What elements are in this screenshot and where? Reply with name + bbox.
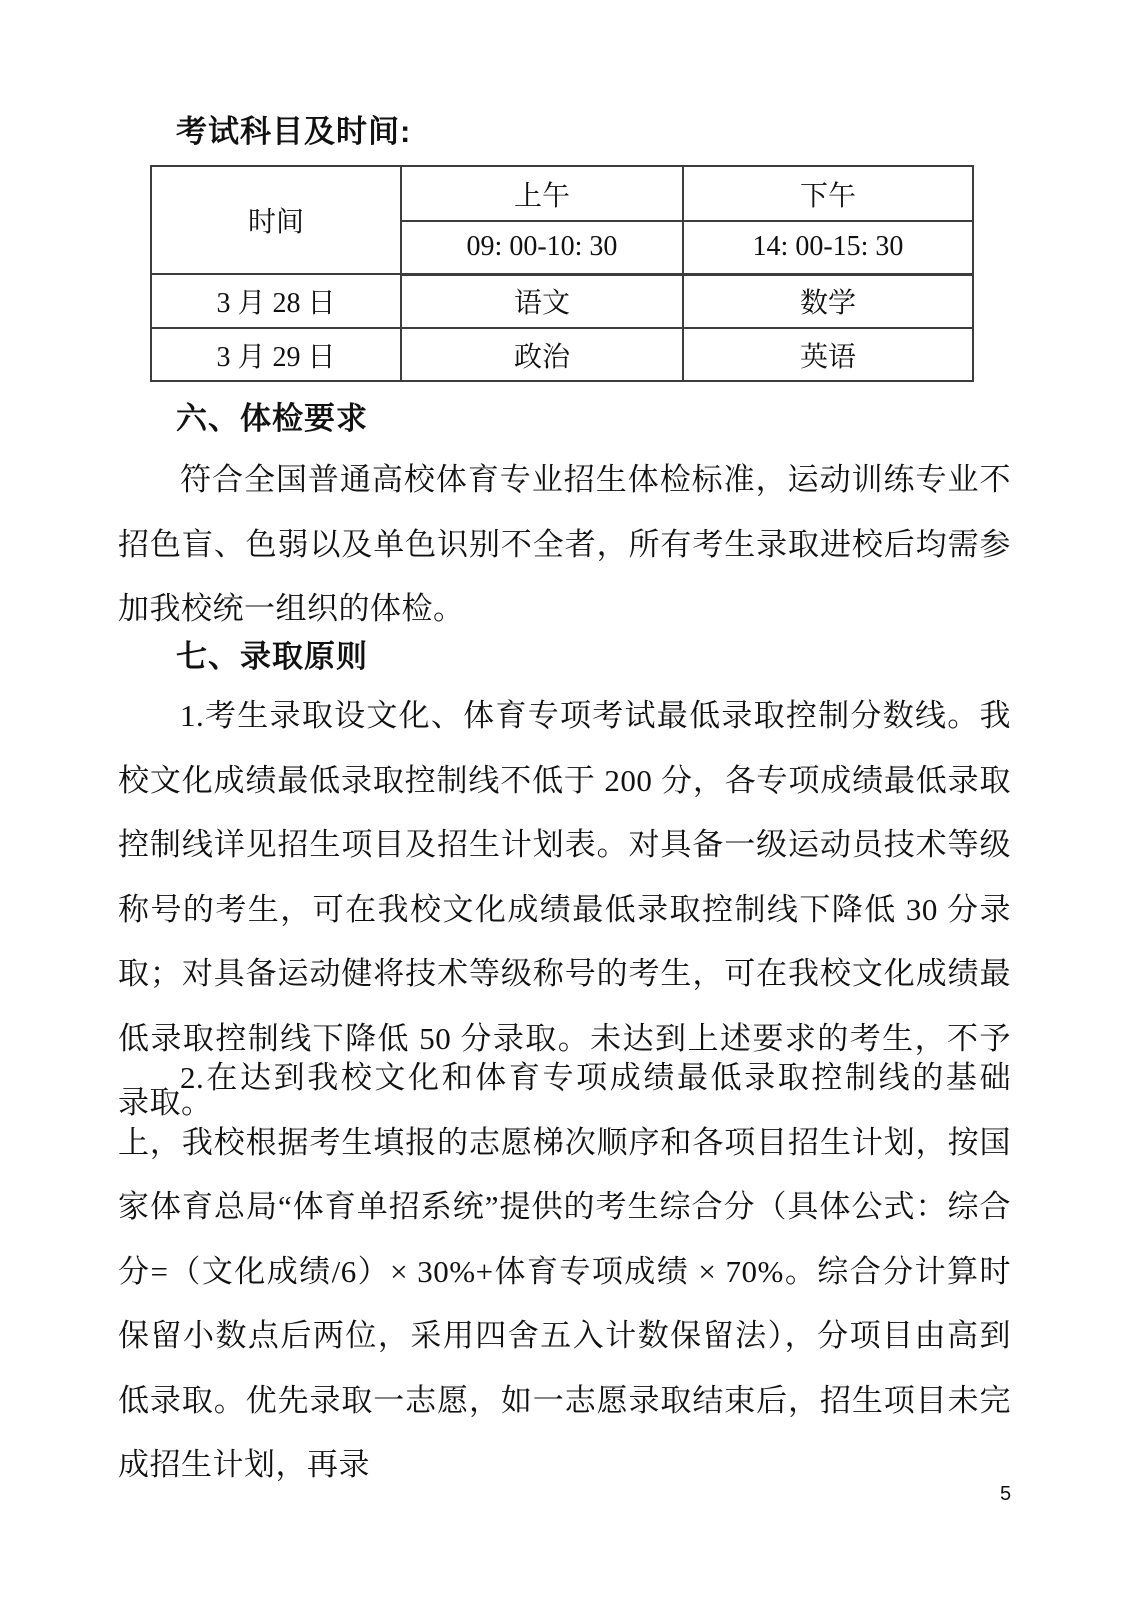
table-afternoon-time: 14: 00-15: 30 bbox=[683, 221, 973, 274]
table-header-row-sessions: 时间 上午 下午 bbox=[151, 166, 973, 221]
table-morning-time: 09: 00-10: 30 bbox=[401, 221, 683, 274]
paragraph-admission-rule-2: 2.在达到我校文化和体育专项成绩最低录取控制线的基础上，我校根据考生填报的志愿梯… bbox=[118, 1046, 1011, 1498]
paragraph-medical-exam: 符合全国普通高校体育专业招生体检标准，运动训练专业不招色盲、色弱以及单色识别不全… bbox=[118, 448, 1011, 642]
exam-schedule-table: 时间 上午 下午 09: 00-10: 30 14: 00-15: 30 3 月… bbox=[150, 165, 974, 382]
table-cell-afternoon-subject: 英语 bbox=[683, 328, 973, 381]
table-header-time: 时间 bbox=[151, 166, 401, 274]
page-number: 5 bbox=[1000, 1483, 1011, 1506]
exam-schedule-title: 考试科目及时间: bbox=[176, 110, 411, 154]
table-cell-morning-subject: 政治 bbox=[401, 328, 683, 381]
table-row: 3 月 28 日 语文 数学 bbox=[151, 274, 973, 328]
table-cell-morning-subject: 语文 bbox=[401, 274, 683, 328]
section-heading-admission-rules: 七、录取原则 bbox=[176, 635, 368, 679]
section-heading-medical-exam: 六、体检要求 bbox=[176, 397, 368, 441]
table-cell-date: 3 月 29 日 bbox=[151, 328, 401, 381]
document-page: 考试科目及时间: 时间 上午 下午 09: 00-10: 30 14: 00-1… bbox=[0, 0, 1131, 1600]
table-header-morning: 上午 bbox=[401, 166, 683, 221]
table-row: 3 月 29 日 政治 英语 bbox=[151, 328, 973, 381]
table-cell-date: 3 月 28 日 bbox=[151, 274, 401, 328]
table-cell-afternoon-subject: 数学 bbox=[683, 274, 973, 328]
table-header-afternoon: 下午 bbox=[683, 166, 973, 221]
